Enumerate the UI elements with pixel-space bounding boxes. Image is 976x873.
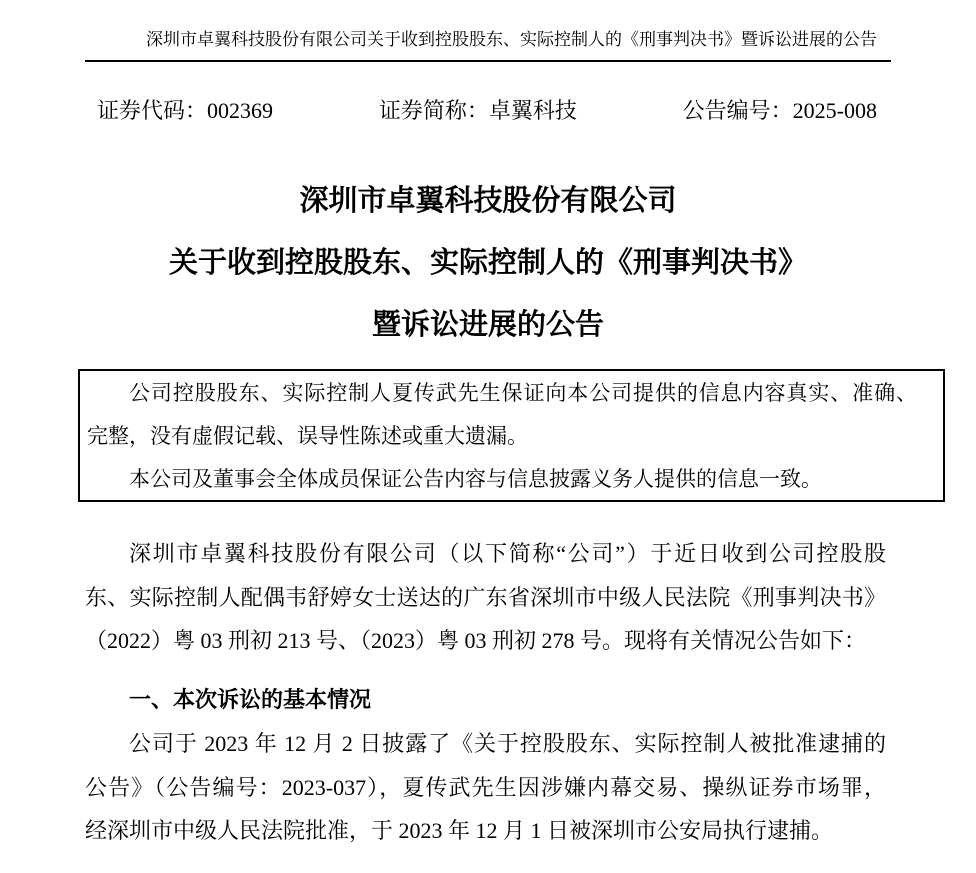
paragraph-line: 东、实际控制人配偶韦舒婷女士送达的广东省深圳市中级人民法院《刑事判决书》 bbox=[85, 576, 886, 620]
paragraph-line: 公司于 2023 年 12 月 2 日披露了《关于控股股东、实际控制人被批准逮捕… bbox=[85, 722, 886, 766]
document-title: 深圳市卓翼科技股份有限公司 关于收到控股股东、实际控制人的《刑事判决书》 暨诉讼… bbox=[0, 170, 976, 356]
paragraph-line: （2022）粤 03 刑初 213 号、（2023）粤 03 刑初 278 号。… bbox=[85, 619, 886, 663]
title-line-2: 关于收到控股股东、实际控制人的《刑事判决书》 bbox=[0, 232, 976, 294]
paragraph-line: 公告》（公告编号：2023-037），夏传武先生因涉嫌内幕交易、操纵证券市场罪， bbox=[85, 766, 886, 810]
paragraph-line: 经深圳市中级人民法院批准，于 2023 年 12 月 1 日被深圳市公安局执行逮… bbox=[85, 809, 886, 853]
disclaimer-line: 本公司及董事会全体成员保证公告内容与信息披露义务人提供的信息一致。 bbox=[87, 458, 917, 501]
announcement-page: 深圳市卓翼科技股份有限公司关于收到控股股东、实际控制人的《刑事判决书》暨诉讼进展… bbox=[0, 0, 976, 873]
body-paragraph-2: 公司于 2023 年 12 月 2 日披露了《关于控股股东、实际控制人被批准逮捕… bbox=[85, 722, 886, 853]
title-line-3: 暨诉讼进展的公告 bbox=[0, 294, 976, 356]
disclaimer-box: 公司控股股东、实际控制人夏传武先生保证向本公司提供的信息内容真实、准确、 完整，… bbox=[78, 369, 945, 502]
securities-meta-row: 证券代码：002369 证券简称：卓翼科技 公告编号：2025-008 bbox=[97, 97, 877, 124]
paragraph-line: 深圳市卓翼科技股份有限公司（以下简称“公司”）于近日收到公司控股股 bbox=[85, 532, 886, 576]
section-1-heading: 一、本次诉讼的基本情况 bbox=[85, 678, 886, 722]
stock-code: 证券代码：002369 bbox=[97, 97, 273, 124]
disclaimer-line: 完整，没有虚假记载、误导性陈述或重大遗漏。 bbox=[87, 415, 917, 458]
stock-name: 证券简称：卓翼科技 bbox=[379, 97, 577, 124]
title-line-1: 深圳市卓翼科技股份有限公司 bbox=[0, 170, 976, 232]
running-header: 深圳市卓翼科技股份有限公司关于收到控股股东、实际控制人的《刑事判决书》暨诉讼进展… bbox=[85, 27, 891, 62]
announcement-number: 公告编号：2025-008 bbox=[683, 97, 877, 124]
disclaimer-line: 公司控股股东、实际控制人夏传武先生保证向本公司提供的信息内容真实、准确、 bbox=[87, 372, 917, 415]
body-paragraph-1: 深圳市卓翼科技股份有限公司（以下简称“公司”）于近日收到公司控股股 东、实际控制… bbox=[85, 532, 886, 663]
